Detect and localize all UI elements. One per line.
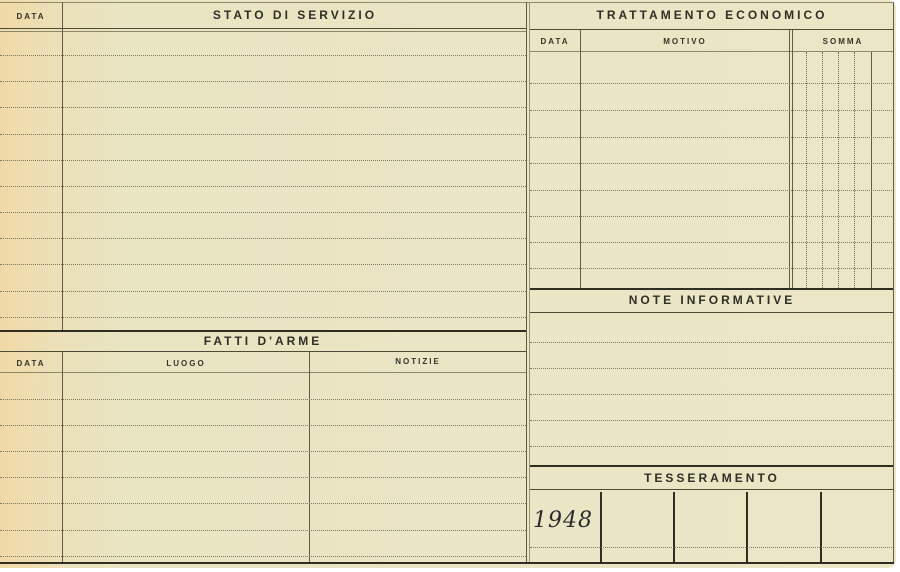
stato-header-rule (0, 28, 526, 29)
center-divider (526, 2, 527, 564)
fatti-col-luogo: LUOGO (63, 359, 309, 368)
tesseramento-cell-2[interactable] (602, 492, 673, 562)
fatti-notizie-column[interactable] (310, 373, 526, 561)
trattamento-motivo-divider (789, 30, 790, 288)
trattamento-col-data: DATA (530, 37, 580, 46)
service-record-card: DATA STATO DI SERVIZIO FATTI D'ARME DATA… (0, 0, 896, 568)
note-informative-area[interactable] (530, 314, 894, 464)
note-title-rule (530, 312, 894, 313)
fatti-date-column[interactable] (0, 373, 62, 561)
tesseramento-title: TESSERAMENTO (530, 471, 894, 485)
trattamento-economico-title: TRATTAMENTO ECONOMICO (530, 8, 894, 22)
fatti-col-data: DATA (0, 359, 62, 368)
trattamento-somma-column[interactable] (793, 52, 894, 288)
trattamento-title-rule (530, 29, 894, 30)
fatti-title-rule (0, 351, 526, 352)
tesseramento-cell-1[interactable]: 1948 (530, 492, 600, 562)
tesseramento-cell-3[interactable] (675, 492, 746, 562)
trattamento-date-column[interactable] (530, 52, 580, 288)
tesseramento-cell-4[interactable] (748, 492, 820, 562)
stato-date-column[interactable] (0, 32, 62, 330)
stato-di-servizio-title: STATO DI SERVIZIO (64, 8, 526, 22)
fatti-d-arme-title: FATTI D'ARME (0, 334, 526, 348)
fatti-col-notizie: NOTIZIE (310, 357, 526, 366)
tesseramento-title-rule (530, 489, 894, 490)
tesseramento-year-1948: 1948 (533, 508, 593, 533)
fatti-luogo-column[interactable] (63, 373, 309, 561)
trattamento-motivo-column[interactable] (581, 52, 789, 288)
note-informative-title: NOTE INFORMATIVE (530, 293, 894, 307)
note-top-rule (530, 288, 894, 290)
tesseramento-cell-5[interactable] (822, 492, 894, 562)
stato-col-data: DATA (0, 12, 62, 21)
fatti-top-rule (0, 330, 527, 332)
tesseramento-top-rule (530, 465, 894, 467)
trattamento-col-somma: SOMMA (793, 37, 893, 46)
bottom-border (0, 562, 894, 564)
stato-entries-area[interactable] (63, 32, 526, 330)
trattamento-col-motivo: MOTIVO (581, 37, 789, 46)
right-border (893, 2, 894, 564)
top-border (0, 2, 896, 3)
